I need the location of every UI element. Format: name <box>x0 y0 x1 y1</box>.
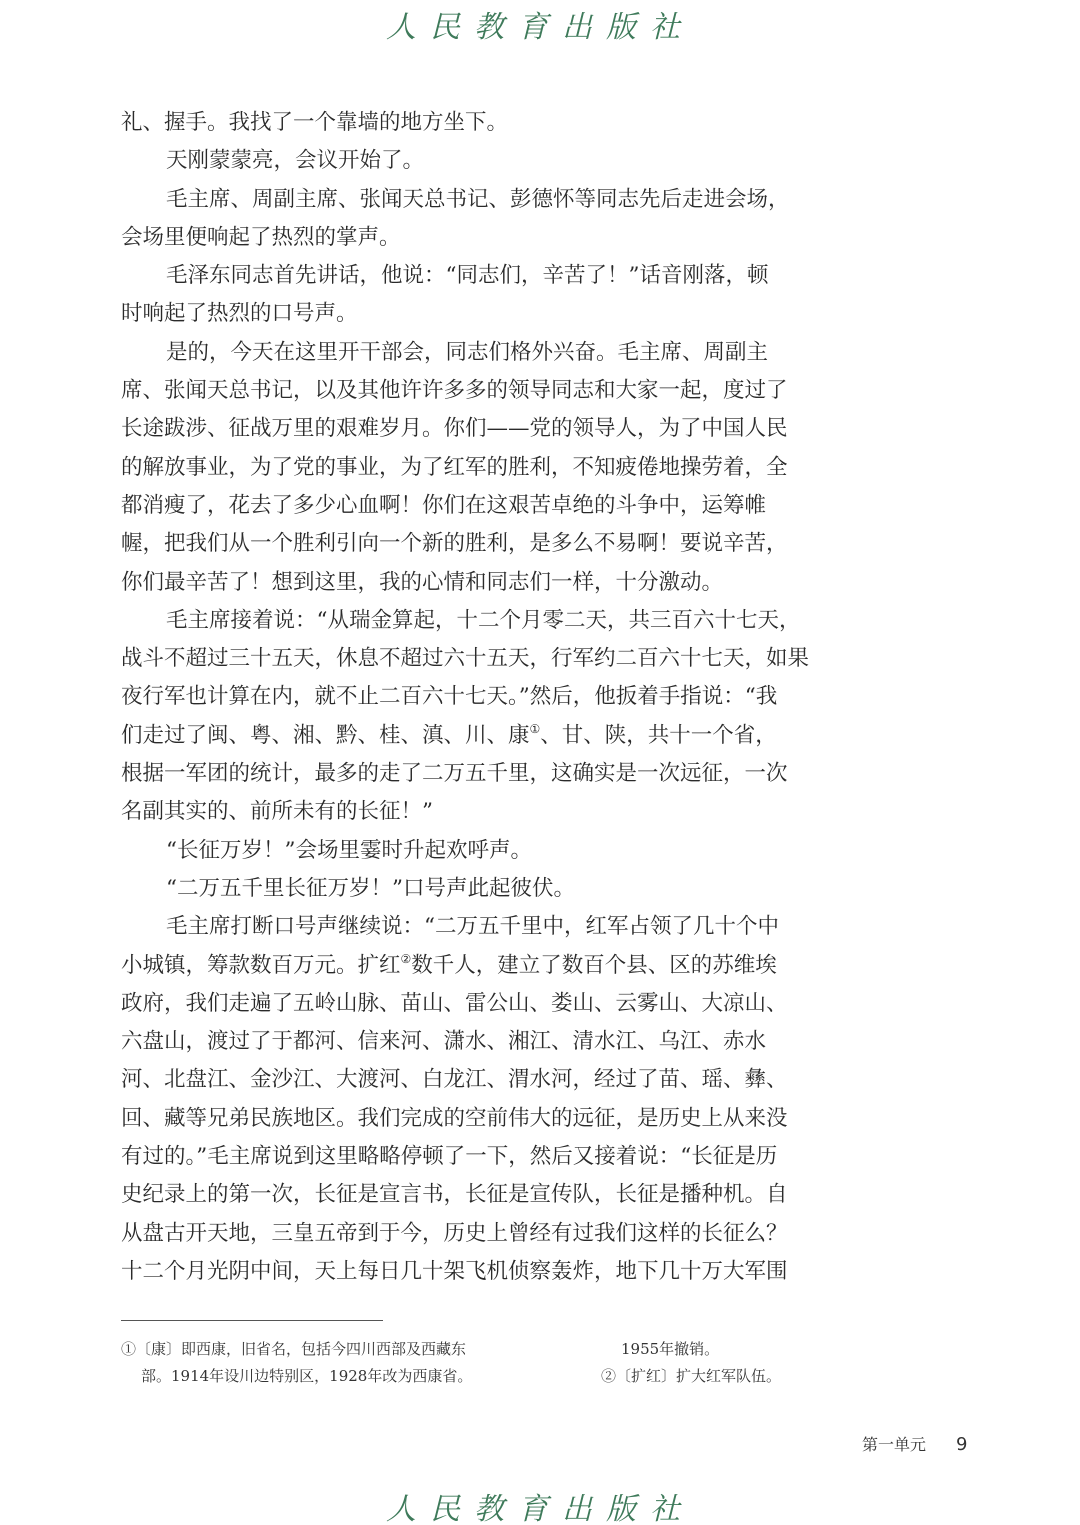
text-line: 礼、握手。我找了一个靠墙的地方坐下。 <box>121 104 799 142</box>
text-segment: 、甘、陕，共十一个省， <box>540 723 777 748</box>
footnote-ref[interactable]: ① <box>530 722 541 736</box>
unit-label: 第一单元 <box>862 1435 926 1454</box>
text-segment: 小城镇，筹款数百万元。扩红 <box>121 953 401 978</box>
text-line: 史纪录上的第一次，长征是宣言书，长征是宣传队，长征是播种机。自 <box>121 1176 799 1214</box>
text-line: 们走过了闽、粤、湘、黔、桂、滇、川、康①、甘、陕，共十一个省， <box>121 717 799 755</box>
text-line: 的解放事业，为了党的事业，为了红军的胜利，不知疲倦地操劳着，全 <box>121 449 799 487</box>
text-line: 十二个月光阴中间，天上每日几十架飞机侦察轰炸，地下几十万大军围 <box>121 1253 799 1291</box>
text-line: 天刚蒙蒙亮，会议开始了。 <box>121 142 799 180</box>
text-line: 毛主席、周副主席、张闻天总书记、彭德怀等同志先后走进会场， <box>121 181 799 219</box>
footnote-divider <box>121 1320 383 1321</box>
text-line: 政府，我们走遍了五岭山脉、苗山、雷公山、娄山、云雾山、大凉山、 <box>121 985 799 1023</box>
footnote-1-line-1: ①〔康〕即西康，旧省名，包括今四川西部及西藏东 <box>121 1336 472 1363</box>
text-line: 根据一军团的统计，最多的走了二万五千里，这确实是一次远征，一次 <box>121 755 799 793</box>
text-line: 长途跋涉、征战万里的艰难岁月。你们——党的领导人，为了中国人民 <box>121 410 799 448</box>
text-line: 都消瘦了，花去了多少心血啊！你们在这艰苦卓绝的斗争中，运筹帷 <box>121 487 799 525</box>
footnote-1: ①〔康〕即西康，旧省名，包括今四川西部及西藏东 部。1914年设川边特别区，19… <box>121 1336 472 1390</box>
text-line: 有过的。”毛主席说到这里略略停顿了一下，然后又接着说：“长征是历 <box>121 1138 799 1176</box>
text-line: 河、北盘江、金沙江、大渡河、白龙江、渭水河，经过了苗、瑶、彝、 <box>121 1061 799 1099</box>
text-line: 是的，今天在这里开干部会，同志们格外兴奋。毛主席、周副主 <box>121 334 799 372</box>
text-line: 从盘古开天地，三皇五帝到于今，历史上曾经有过我们这样的长征么？ <box>121 1215 799 1253</box>
text-line: 小城镇，筹款数百万元。扩红②数千人，建立了数百个县、区的苏维埃 <box>121 947 799 985</box>
footnote-2: ②〔扩红〕扩大红军队伍。 <box>601 1363 781 1390</box>
text-segment: 数千人，建立了数百个县、区的苏维埃 <box>411 953 777 978</box>
body-text: 礼、握手。我找了一个靠墙的地方坐下。天刚蒙蒙亮，会议开始了。毛主席、周副主席、张… <box>121 104 799 1291</box>
footnote-1-line-2: 部。1914年设川边特别区，1928年改为西康省。 <box>121 1363 472 1390</box>
text-line: “长征万岁！”会场里霎时升起欢呼声。 <box>121 832 799 870</box>
text-line: 毛泽东同志首先讲话，他说：“同志们，辛苦了！”话音刚落，顿 <box>121 257 799 295</box>
text-segment: 们走过了闽、粤、湘、黔、桂、滇、川、康 <box>121 723 530 748</box>
footnote-1-line-3: 1955年撤销。 <box>601 1336 781 1363</box>
footnote-continued-and-2: 1955年撤销。 ②〔扩红〕扩大红军队伍。 <box>601 1336 781 1390</box>
text-line: 毛主席接着说：“从瑞金算起，十二个月零二天，共三百六十七天， <box>121 602 799 640</box>
publisher-logo-top: 人民教育出版社 <box>0 2 1080 46</box>
text-line: 战斗不超过三十五天，休息不超过六十五天，行军约二百六十七天，如果 <box>121 640 799 678</box>
text-line: 六盘山，渡过了于都河、信来河、潇水、湘江、清水江、乌江、赤水 <box>121 1023 799 1061</box>
text-line: 时响起了热烈的口号声。 <box>121 295 799 333</box>
footnote-ref[interactable]: ② <box>401 952 412 966</box>
text-line: 你们最辛苦了！想到这里，我的心情和同志们一样，十分激动。 <box>121 564 799 602</box>
text-line: “二万五千里长征万岁！”口号声此起彼伏。 <box>121 870 799 908</box>
text-line: 会场里便响起了热烈的掌声。 <box>121 219 799 257</box>
text-line: 席、张闻天总书记，以及其他许许多多的领导同志和大家一起，度过了 <box>121 372 799 410</box>
text-line: 毛主席打断口号声继续说：“二万五千里中，红军占领了几十个中 <box>121 908 799 946</box>
text-line: 幄，把我们从一个胜利引向一个新的胜利，是多么不易啊！要说辛苦， <box>121 525 799 563</box>
text-line: 回、藏等兄弟民族地区。我们完成的空前伟大的远征，是历史上从来没 <box>121 1100 799 1138</box>
text-line: 夜行军也计算在内，就不止二百六十七天。”然后，他扳着手指说：“我 <box>121 678 799 716</box>
publisher-logo-bottom: 人民教育出版社 <box>0 1484 1080 1525</box>
text-line: 名副其实的、前所未有的长征！” <box>121 793 799 831</box>
page-footer: 第一单元9 <box>862 1432 967 1455</box>
page-number: 9 <box>956 1434 967 1455</box>
